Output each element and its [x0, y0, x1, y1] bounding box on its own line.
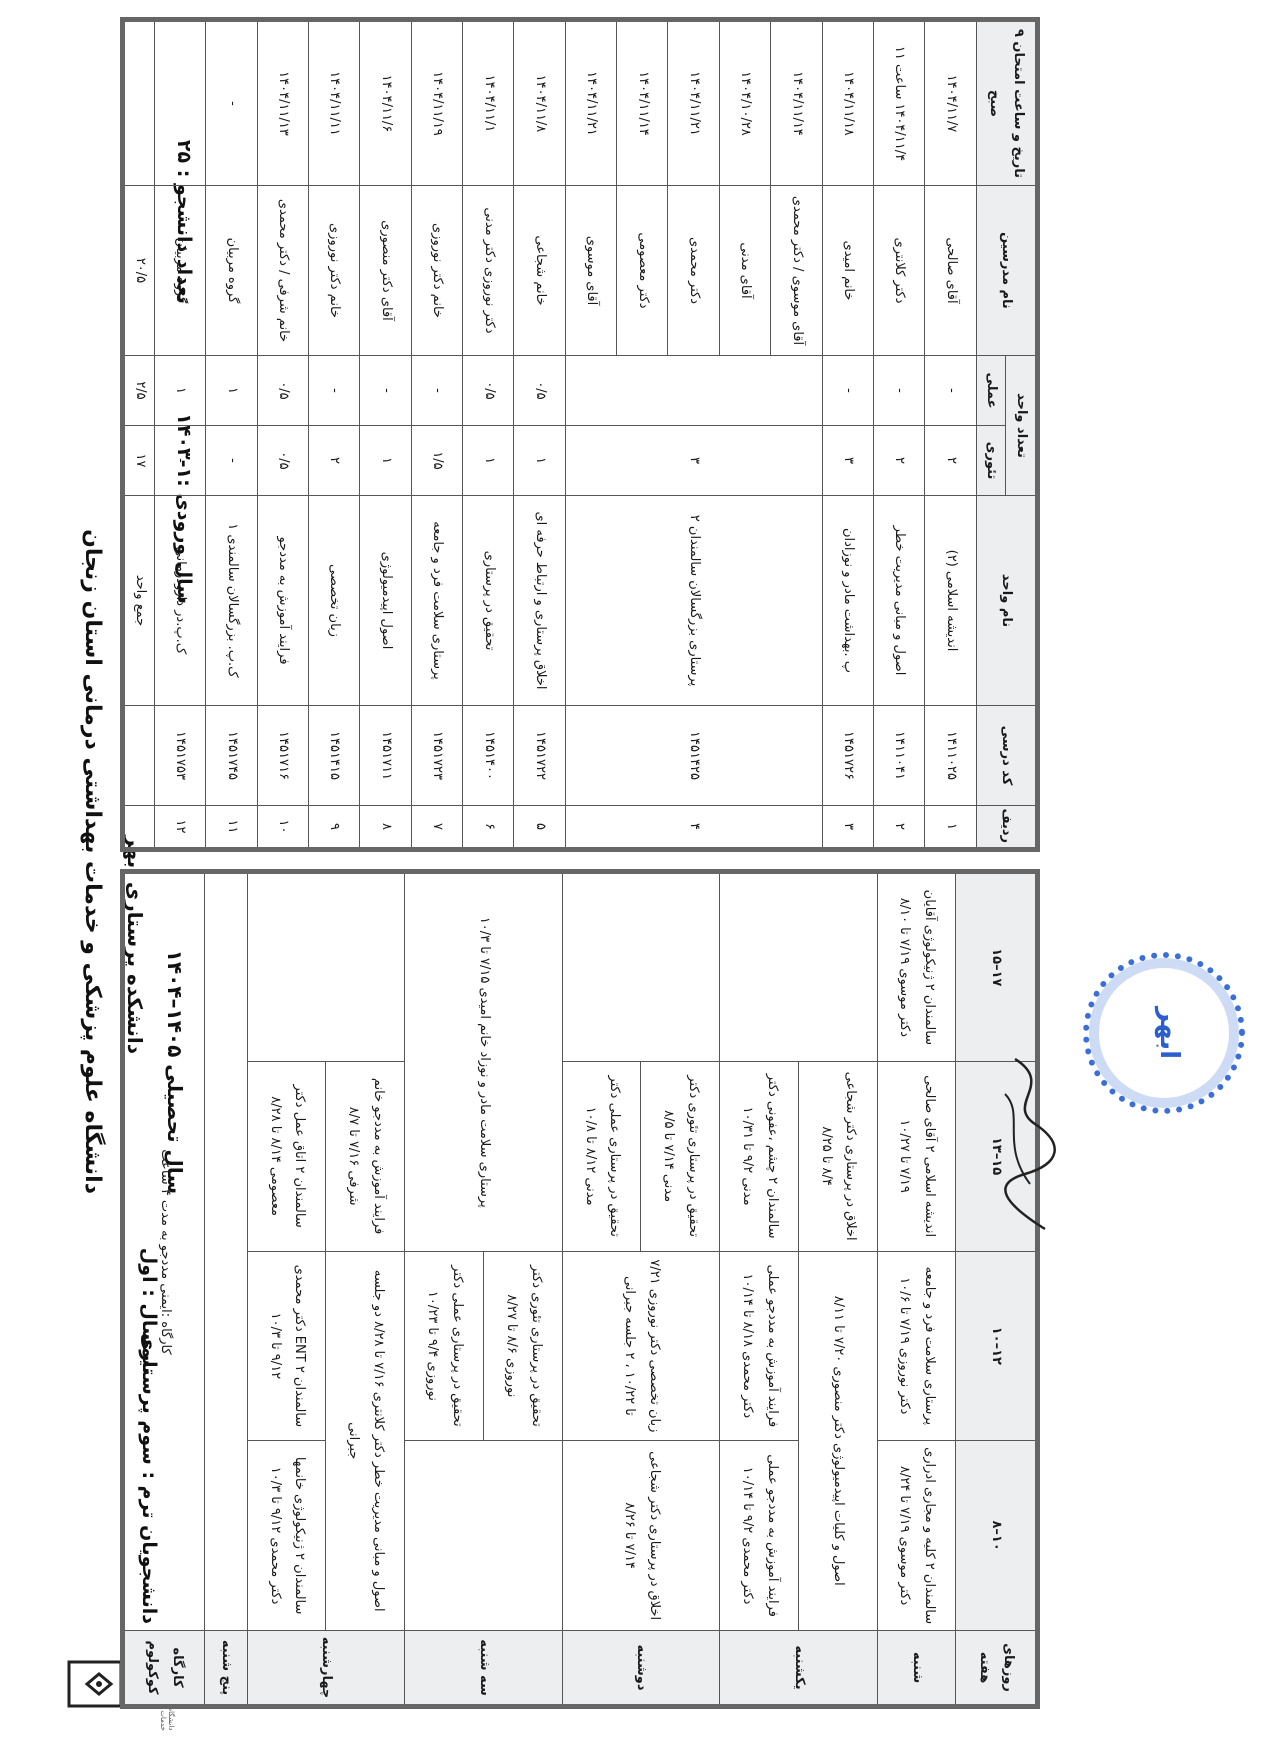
instructor-name: آقای دکتر منصوری [360, 185, 411, 355]
exam-date [154, 19, 206, 185]
theory-units: ۳ [565, 426, 822, 496]
schedule-document: دانشگاه علوم پزشکی و خدمات بهداشتی درمان… [0, 0, 1275, 1754]
class-cell: اصول و کلیات اپیدمیولوژی دکتر منصوری ۷/۲… [798, 1251, 877, 1631]
theory-units: - [154, 426, 206, 496]
total-theory: ۱۷ [123, 426, 155, 496]
practical-units: - [308, 355, 359, 425]
day-wednesday: چهارشنبه [247, 1631, 404, 1707]
day-row-monday-a: دوشنبه اخلاق در پرستاری دکتر شجاعی ۷/۱۴ … [641, 872, 720, 1707]
instructor-name: خانم دکتر نوروزی [308, 185, 359, 355]
row-number: ۱ [925, 806, 976, 850]
instructor-name: گروه مربیان [154, 185, 206, 355]
day-row-tuesday-a: سه شنبه تحقیق در پرستاری تئوری دکتر نورو… [483, 872, 562, 1707]
instructor-name: آقای موسوی / دکتر محمدی [771, 185, 822, 355]
practical-units: ۰/۵ [257, 355, 308, 425]
practical-units: - [873, 355, 924, 425]
course-row: ۸۱۴۵۱۷۱۱اصول اپیدمیولوژی۱-آقای دکتر منصو… [360, 19, 411, 849]
theory-units: ۳ [822, 426, 873, 496]
instructor-name: دکتر محمدی [668, 185, 719, 355]
course-name: پرستاری سلامت فرد و جامعه [411, 496, 462, 706]
header-row-number: ردیف [976, 806, 1037, 850]
practical-units [565, 355, 822, 425]
course-code: ۱۴۵۱۷۲۶ [822, 706, 873, 806]
header-practical: عملی [976, 355, 1006, 425]
day-saturday: شنبه [877, 1631, 956, 1707]
class-cell: فرایند آموزش به مددجو خانم شرفی ۷/۱۶ تا … [326, 1061, 405, 1251]
course-row: ۱۱۴۱۱۰۲۵اندیشه اسلامی (۲)۲-آقای صالحی۱۴۰… [925, 19, 976, 849]
instructor-name: گروه مربیان [206, 185, 257, 355]
total-empty [123, 19, 155, 185]
theory-units: - [206, 426, 257, 496]
exam-date: ۱۴۰۴/۱۱/۲۱ [565, 19, 616, 185]
instructor-name: آقای صالحی [925, 185, 976, 355]
course-name: زبان تخصصی [308, 496, 359, 706]
course-code: ۱۴۵۱۷۵۳ [154, 706, 206, 806]
total-label: جمع واحد [123, 496, 155, 706]
practical-units: ۰/۵ [463, 355, 514, 425]
course-row: ۱۱۱۴۵۱۷۴۵ک.پ. بزرگسالان سالمندی ۱-۱گروه … [206, 19, 257, 849]
course-name: پرستاری بزرگسالان سالمندان ۲ [565, 496, 822, 706]
course-header-row: ردیف کد درسی نام واحد تعداد واحد نام مدر… [1006, 19, 1038, 849]
course-name: اصول و مبانی مدیریت خطر [873, 496, 924, 706]
course-code: ۱۴۱۱۰۴۱ [873, 706, 924, 806]
empty-cell [720, 872, 877, 1062]
weekly-schedule-table: روزهای هفته ۱۰–۸ ۱۲–۱۰ ۱۵–۱۳ ۱۷–۱۵ شنبه … [120, 869, 1040, 1709]
practical-units: - [822, 355, 873, 425]
row-number: ۲ [873, 806, 924, 850]
header-course-code: کد درسی [976, 706, 1037, 806]
exam-date: ۱۴۰۴/۱۱/۱۴ [771, 19, 822, 185]
row-number: ۱۲ [154, 806, 206, 850]
class-cell: فرایند آموزش به مددجو عملی دکتر محمدی ۸/… [720, 1251, 799, 1441]
total-row: جمع واحد ۱۷ ۲/۵ ۲۰/۵ [123, 19, 155, 849]
header-course-name: نام واحد [976, 496, 1037, 706]
exam-date: ۱۴۰۴/۱۱/۱۴ [617, 19, 668, 185]
exam-date: ۱۴۰۴/۱۱/۴ ساعت ۱۱ [873, 19, 924, 185]
row-number: ۶ [463, 806, 514, 850]
practical-units: - [925, 355, 976, 425]
header-exam-date: تاریخ و ساعت امتحان ۹ صبح [976, 19, 1037, 185]
class-cell: سالمندان ۲ کلیه و مجاری ادراری دکتر موسو… [877, 1441, 956, 1631]
row-number: ۴ [565, 806, 822, 850]
course-code: ۱۴۵۱۴۱۵ [308, 706, 359, 806]
workshop-row: کارگاه کوکولوم کارگاه :ایمنی مددجو به مد… [123, 872, 205, 1707]
day-monday: دوشنبه [562, 1631, 719, 1707]
university-title: دانشگاه علوم پزشکی و خدمات بهداشتی درمان… [80, 529, 105, 1194]
day-row-saturday: شنبه سالمندان ۲ کلیه و مجاری ادراری دکتر… [877, 872, 956, 1707]
exam-date: ۱۴۰۴/۱۱/۲۱ [668, 19, 719, 185]
theory-units: ۰/۵ [257, 426, 308, 496]
instructor-name: خانم شجاعی [514, 185, 565, 355]
university-logo-icon [65, 1654, 125, 1714]
row-number: ۷ [411, 806, 462, 850]
empty-cell [405, 1441, 562, 1631]
course-row: ۳۱۴۵۱۷۲۶پ .بهداشت مادر و نوزادان۳-خانم ا… [822, 19, 873, 849]
class-cell: سالمندان ۲ ژنیکولوژی آقایان دکتر موسوی ۷… [877, 872, 956, 1062]
workshop-cell: کارگاه :ایمنی مددجو به مدت ۴ ساعت [123, 872, 205, 1631]
class-cell: زبان تخصصی دکتر نوروزی ۷/۲۱ تا ۱۰/۲۲ ، ۲… [562, 1251, 719, 1441]
instructor-name: آقای مدنی [719, 185, 770, 355]
instructor-name: خانم دکتر نوروزی [411, 185, 462, 355]
theory-units: ۲ [308, 426, 359, 496]
course-row: ۶۱۴۵۱۴۰۰تحقیق در پرستاری۱۰/۵دکتر نوروزی … [463, 19, 514, 849]
course-code: ۱۴۵۱۷۲۳ [411, 706, 462, 806]
day-tuesday: سه شنبه [405, 1631, 562, 1707]
class-cell: پرستاری سلامت مادر و نوزاد خانم امیدی ۷/… [405, 872, 562, 1252]
theory-units: ۱ [360, 426, 411, 496]
course-row: ۴۱۴۵۱۴۲۵پرستاری بزرگسالان سالمندان ۲۳آقا… [771, 19, 822, 849]
header-theory: تئوری [976, 426, 1006, 496]
course-name: ک.پ.در دارودرمانی [154, 496, 206, 706]
theory-units: ۱ [463, 426, 514, 496]
day-row-thursday: پنج شنبه [204, 872, 247, 1707]
exam-date: - [206, 19, 257, 185]
total-practical: ۲/۵ [123, 355, 155, 425]
exam-date: ۱۴۰۴/۱۰/۲۸ [719, 19, 770, 185]
course-name: پ .بهداشت مادر و نوزادان [822, 496, 873, 706]
course-code: ۱۴۵۱۴۰۰ [463, 706, 514, 806]
empty-cell [562, 872, 719, 1062]
course-code: ۱۴۵۱۷۱۱ [360, 706, 411, 806]
course-row: ۹۱۴۵۱۴۱۵زبان تخصصی۲-خانم دکتر نوروزی۱۴۰۴… [308, 19, 359, 849]
course-row: ۲۱۴۱۱۰۴۱اصول و مبانی مدیریت خطر۲-دکتر کل… [873, 19, 924, 849]
course-name: اصول اپیدمیولوژی [360, 496, 411, 706]
day-row-wednesday-a: چهارشنبه اصول و مبانی مدیریت خطر دکتر کل… [326, 872, 405, 1707]
course-row: ۱۲۱۴۵۱۷۵۳ک.پ.در دارودرمانی-۱گروه مربیان [154, 19, 206, 849]
row-number: ۹ [308, 806, 359, 850]
total-empty [123, 706, 155, 806]
row-number: ۵ [514, 806, 565, 850]
theory-units: ۱/۵ [411, 426, 462, 496]
corner-label: روزهای هفته [956, 1631, 1038, 1707]
exam-date: ۱۴۰۴/۱۱/۸ [514, 19, 565, 185]
course-code: ۱۴۱۱۰۲۵ [925, 706, 976, 806]
exam-date: ۱۴۰۴/۱۱/۱۳ [257, 19, 308, 185]
class-cell: سالمندان ۲ ENT دکتر محمدی ۹/۱۲ تا ۱۰/۳ [247, 1251, 326, 1441]
theory-units: ۱ [514, 426, 565, 496]
exam-date: ۱۴۰۴/۱۱/۷ [925, 19, 976, 185]
class-cell: اخلاق در پرستاری دکتر شجاعی ۷/۱۴ تا ۸/۲۶ [562, 1441, 719, 1631]
class-cell: اخلاق در پرستاری دکتر شجاعی ۸/۴ تا ۸/۲۵ [798, 1061, 877, 1251]
exam-date: ۱۴۰۴/۱۱/۱۹ [411, 19, 462, 185]
time-slot-10-12: ۱۲–۱۰ [956, 1251, 1038, 1441]
row-number: ۱۱ [206, 806, 257, 850]
class-cell: تحقیق در پرستاری عملی دکتر مدنی ۸/۱۲ تا … [562, 1061, 641, 1251]
course-row: ۷۱۴۵۱۷۲۳پرستاری سلامت فرد و جامعه۱/۵-خان… [411, 19, 462, 849]
instructor-name: دکتر معصومی [617, 185, 668, 355]
exam-date: ۱۴۰۴/۱۱/۶ [360, 19, 411, 185]
day-thursday: پنج شنبه [204, 1631, 247, 1707]
exam-date: ۱۴۰۴/۱۱/۱ [463, 19, 514, 185]
empty-cell [204, 872, 247, 1631]
total-sum: ۲۰/۵ [123, 185, 155, 355]
course-name: اخلاق پرستاری و ارتباط حرفه ای [514, 496, 565, 706]
stamp-text: ابهر [1154, 958, 1184, 1108]
course-name: فرایند آموزش به مددجو [257, 496, 308, 706]
course-name: اندیشه اسلامی (۲) [925, 496, 976, 706]
exam-date: ۱۴۰۴/۱۱/۱۸ [822, 19, 873, 185]
practical-units: - [360, 355, 411, 425]
class-cell: اصول و مبانی مدیریت خطر دکتر کلانتری ۷/۱… [326, 1251, 405, 1631]
class-cell: پرستاری سلامت فرد و جامعه دکتر نوروزی ۷/… [877, 1251, 956, 1441]
header-units: تعداد واحد [1006, 355, 1038, 495]
theory-units: ۲ [925, 426, 976, 496]
time-slot-15-17: ۱۷–۱۵ [956, 872, 1038, 1062]
row-number: ۱۰ [257, 806, 308, 850]
signature-icon [995, 1054, 1065, 1234]
header-instructor: نام مدرسین [976, 185, 1037, 355]
row-number: ۸ [360, 806, 411, 850]
instructor-name: دکتر نوروزی دکتر مدنی [463, 185, 514, 355]
instructor-name: آقای موسوی [565, 185, 616, 355]
theory-units: ۲ [873, 426, 924, 496]
class-cell: تحقیق در پرستاری عملی دکتر نوروزی ۹/۴ تا… [405, 1251, 484, 1441]
instructor-name: خانم امیدی [822, 185, 873, 355]
official-stamp: ابهر [1083, 952, 1245, 1114]
row-number: ۳ [822, 806, 873, 850]
course-row: ۵۱۴۵۱۷۲۲اخلاق پرستاری و ارتباط حرفه ای۱۰… [514, 19, 565, 849]
class-cell: تحقیق در پرستاری تئوری دکتر مدنی ۷/۱۴ تا… [641, 1061, 720, 1251]
course-table: ردیف کد درسی نام واحد تعداد واحد نام مدر… [120, 17, 1040, 852]
day-row-sunday-a: یکشنبه اصول و کلیات اپیدمیولوژی دکتر منص… [798, 872, 877, 1707]
course-code: ۱۴۵۱۷۴۵ [206, 706, 257, 806]
course-name: ک.پ. بزرگسالان سالمندی ۱ [206, 496, 257, 706]
practical-units: ۱ [154, 355, 206, 425]
course-row: ۱۰۱۴۵۱۷۱۶فرایند آموزش به مددجو۰/۵۰/۵خانم… [257, 19, 308, 849]
practical-units: - [411, 355, 462, 425]
course-code: ۱۴۵۱۷۱۶ [257, 706, 308, 806]
workshop-label: کارگاه کوکولوم [123, 1631, 205, 1707]
practical-units: ۰/۵ [514, 355, 565, 425]
course-name: تحقیق در پرستاری [463, 496, 514, 706]
class-cell: سالمندان ۲ ژنیکولوژی خانمها دکتر محمدی ۹… [247, 1441, 326, 1631]
class-cell: فرایند آموزش به مددجو عملی دکتر محمدی ۹/… [720, 1441, 799, 1631]
time-slot-8-10: ۱۰–۸ [956, 1441, 1038, 1631]
empty-cell [247, 872, 404, 1062]
instructor-name: دکتر کلانتری [873, 185, 924, 355]
course-code: ۱۴۵۱۷۲۲ [514, 706, 565, 806]
schedule-header-row: روزهای هفته ۱۰–۸ ۱۲–۱۰ ۱۵–۱۳ ۱۷–۱۵ [956, 872, 1038, 1707]
exam-date: ۱۴۰۴/۱۱/۱۱ [308, 19, 359, 185]
class-cell: تحقیق در پرستاری تئوری دکتر نوروزی ۸/۶ ت… [483, 1251, 562, 1441]
course-code: ۱۴۵۱۴۲۵ [565, 706, 822, 806]
instructor-name: خانم شرفی / دکتر محمدی [257, 185, 308, 355]
class-cell: اندیشه اسلامی ۲ آقای صالحی ۷/۱۹ تا ۱۰/۲۷ [877, 1061, 956, 1251]
class-cell: سالمندان ۲ اتاق عمل دکتر معصومی ۸/۱۴ تا … [247, 1061, 326, 1251]
day-sunday: یکشنبه [720, 1631, 877, 1707]
total-empty [123, 806, 155, 850]
class-cell: سالمندان ۲ چشم ،عفونی دکتر مدنی ۹/۲ تا ۱… [720, 1061, 799, 1251]
practical-units: ۱ [206, 355, 257, 425]
